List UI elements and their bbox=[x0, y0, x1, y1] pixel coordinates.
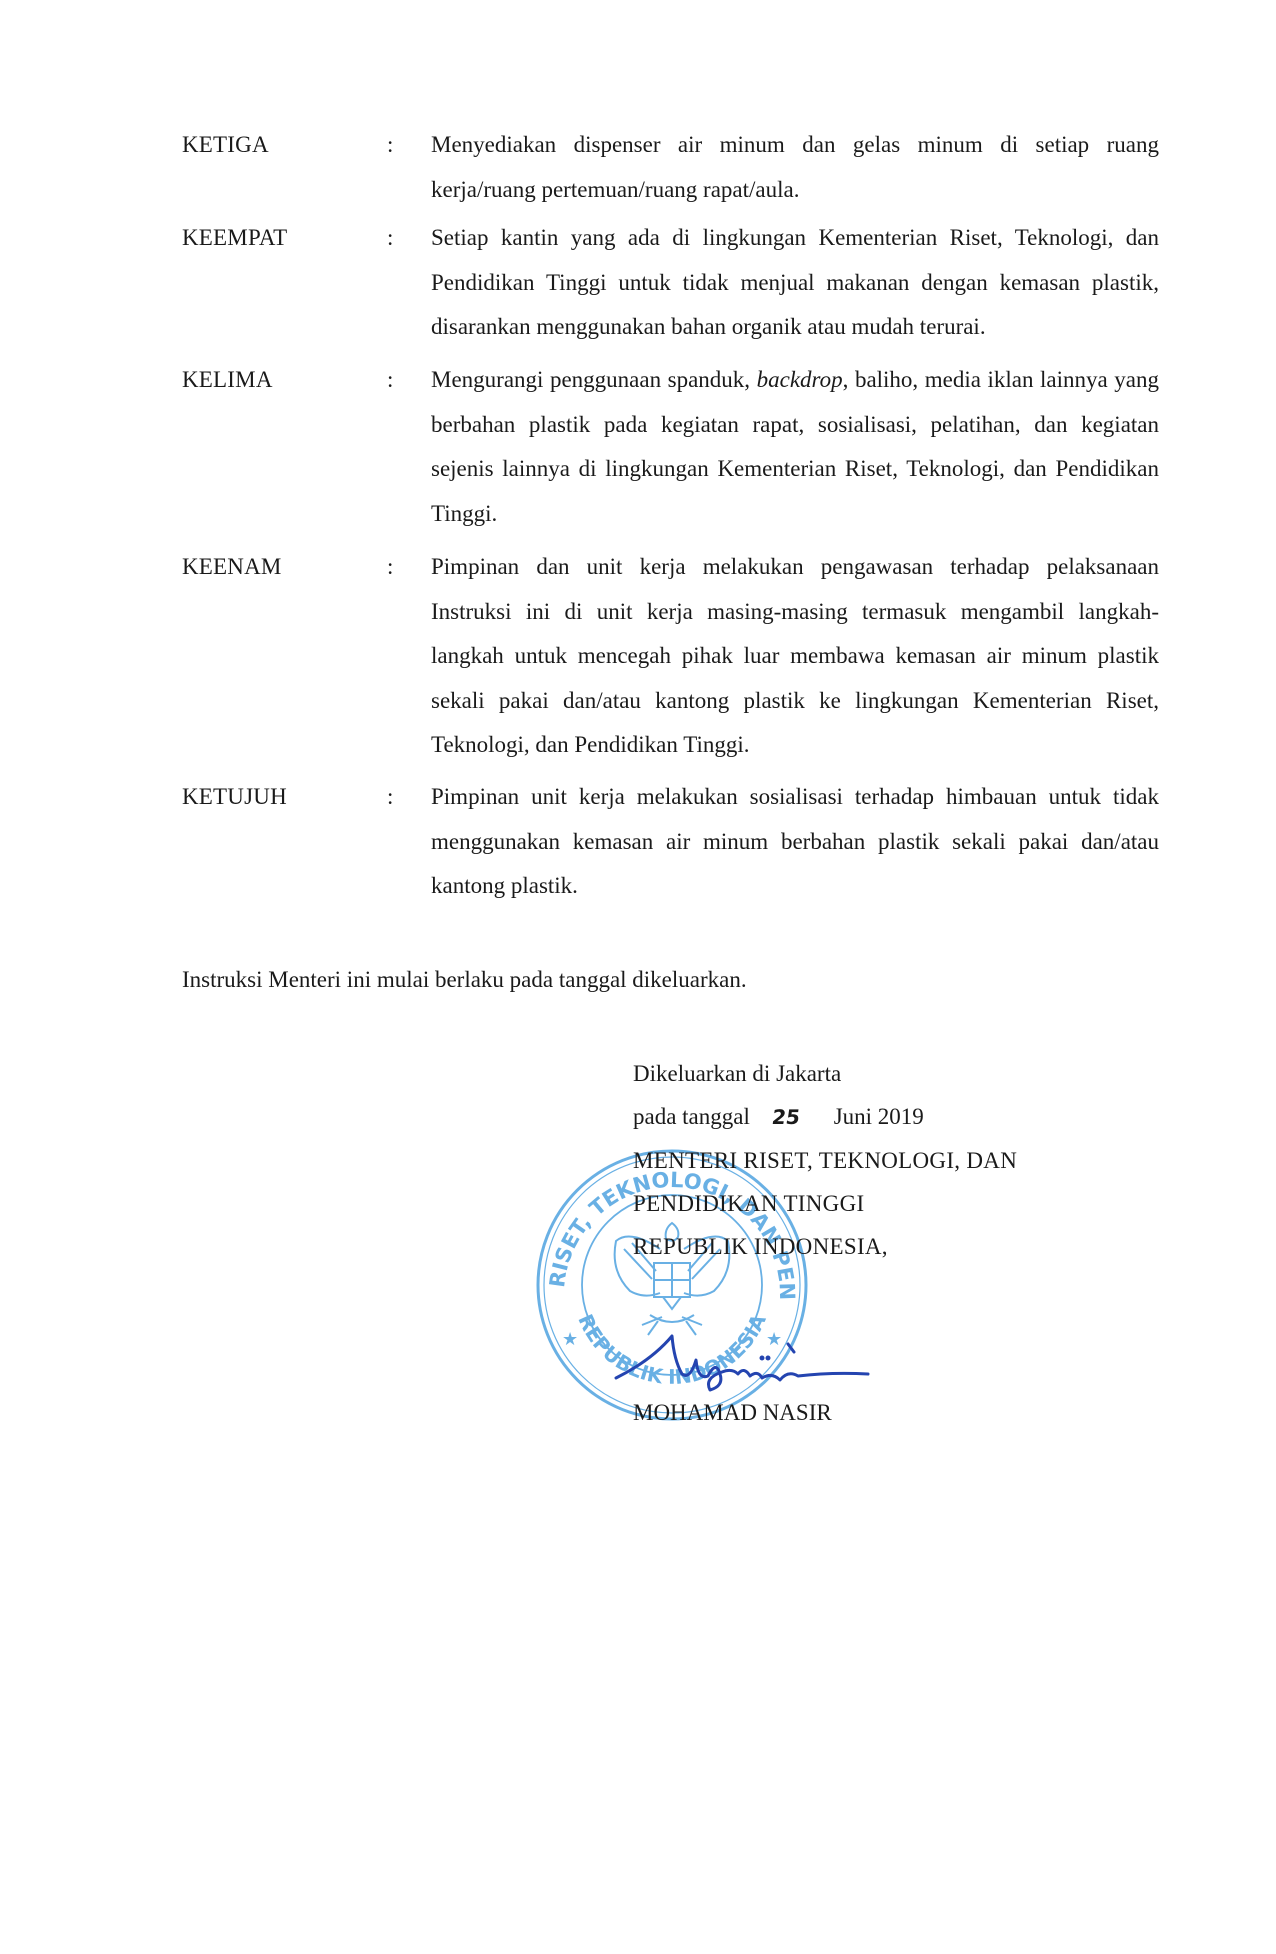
clause-text: Setiap kantin yang ada di lingkungan Kem… bbox=[431, 216, 1159, 350]
official-title-line-3: REPUBLIK INDONESIA, bbox=[633, 1225, 1017, 1268]
clause-label: KEEMPAT bbox=[182, 226, 287, 250]
svg-text:★: ★ bbox=[562, 1329, 578, 1350]
clause-separator: : bbox=[387, 226, 393, 250]
document-page: KETIGA : Menyediakan dispenser air minum… bbox=[0, 0, 1276, 1954]
clause-separator: : bbox=[387, 368, 393, 392]
official-title-line-1: MENTERI RISET, TEKNOLOGI, DAN bbox=[633, 1139, 1017, 1182]
issued-date: pada tanggal25Juni 2019 bbox=[633, 1095, 1017, 1139]
issued-place: Dikeluarkan di Jakarta bbox=[633, 1052, 1017, 1095]
clause-label: KETUJUH bbox=[182, 785, 287, 809]
date-day-handwritten: 25 bbox=[769, 1096, 803, 1139]
clause-text: Mengurangi penggunaan spanduk, backdrop,… bbox=[431, 358, 1159, 536]
clause-separator: : bbox=[387, 133, 393, 157]
clause-text: Pimpinan dan unit kerja melakukan pengaw… bbox=[431, 545, 1159, 768]
date-month-year: Juni 2019 bbox=[834, 1104, 924, 1129]
clause-label: KELIMA bbox=[182, 368, 273, 392]
clause-italic-term: backdrop bbox=[757, 367, 843, 392]
clause-label: KETIGA bbox=[182, 133, 269, 157]
date-prefix: pada tanggal bbox=[633, 1104, 750, 1129]
clause-text: Menyediakan dispenser air minum dan gela… bbox=[431, 123, 1159, 212]
clause-text-part: Mengurangi penggunaan spanduk, bbox=[431, 367, 757, 392]
clause-separator: : bbox=[387, 555, 393, 579]
official-title-line-2: PENDIDIKAN TINGGI bbox=[633, 1182, 1017, 1225]
signature-block: Dikeluarkan di Jakarta pada tanggal25Jun… bbox=[633, 1052, 1017, 1268]
closing-statement: Instruksi Menteri ini mulai berlaku pada… bbox=[182, 967, 747, 993]
signer-name: MOHAMAD NASIR bbox=[633, 1400, 832, 1426]
clause-label: KEENAM bbox=[182, 555, 282, 579]
clause-separator: : bbox=[387, 785, 393, 809]
signature-icon bbox=[612, 1330, 892, 1410]
clause-text: Pimpinan unit kerja melakukan sosialisas… bbox=[431, 775, 1159, 909]
